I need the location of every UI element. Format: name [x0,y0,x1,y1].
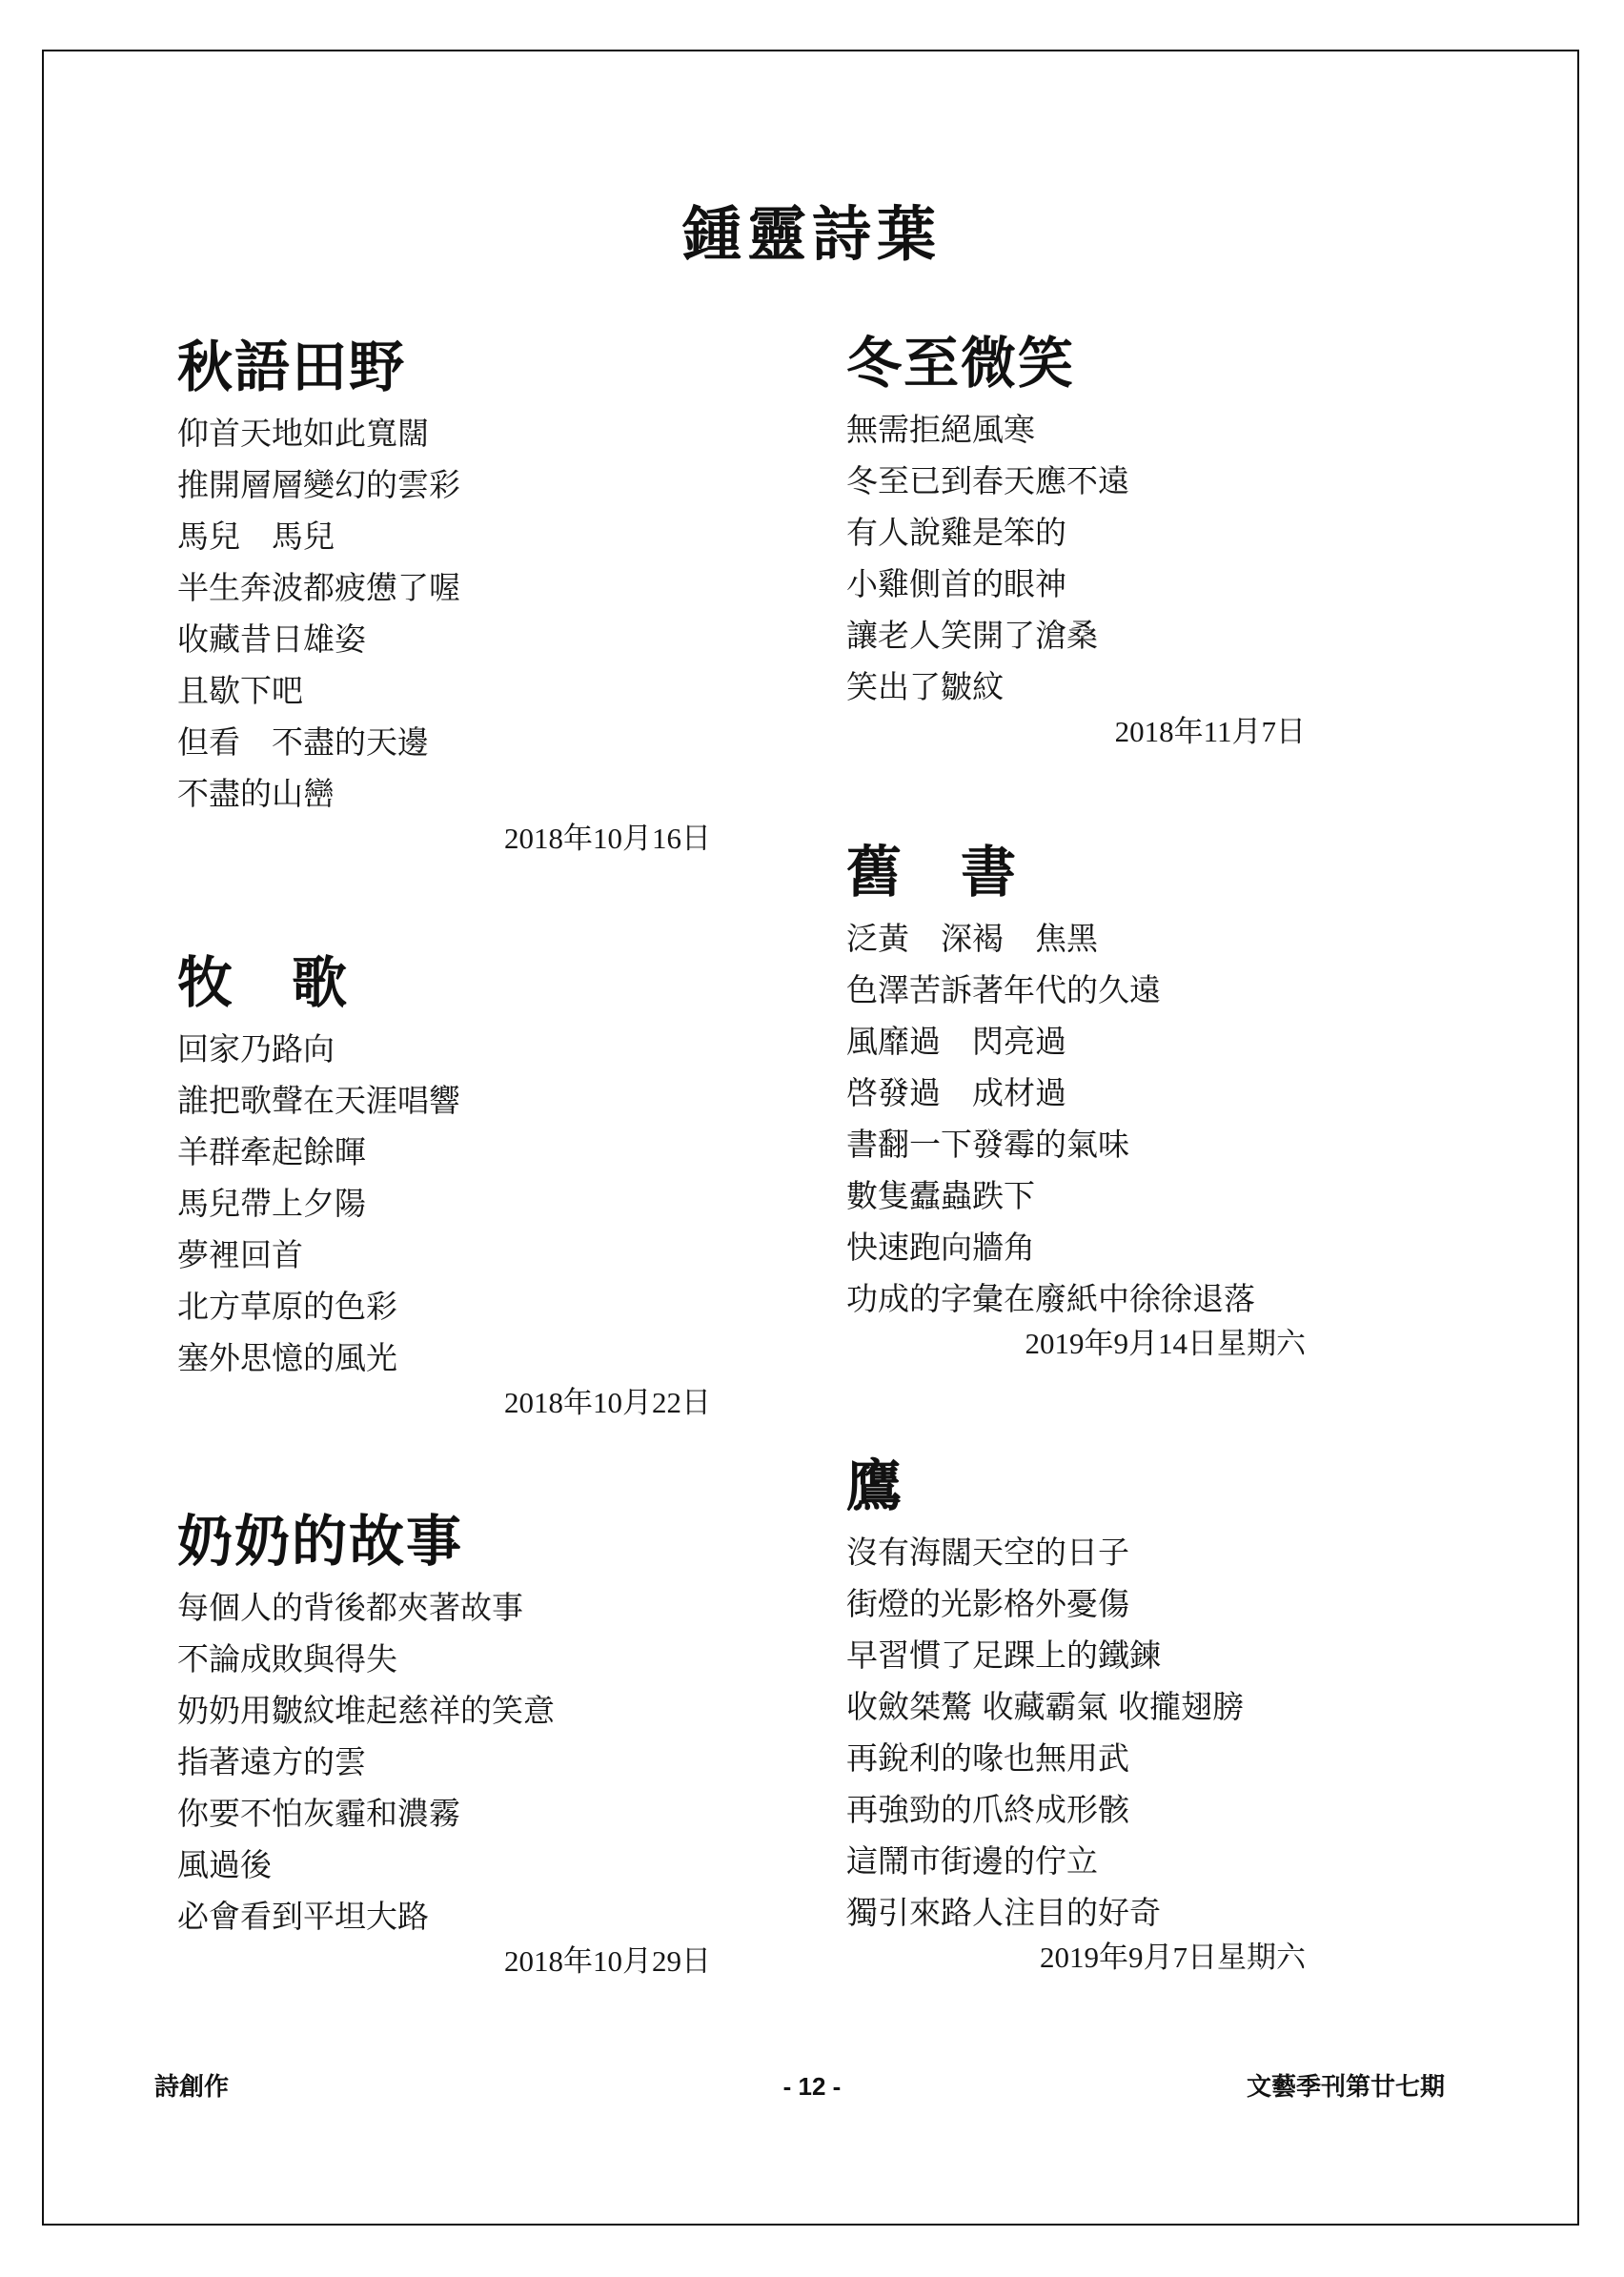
poem-winter-smile: 冬至微笑 無需拒絕風寒 冬至已到春天應不遠 有人說雞是笨的 小雞側首的眼神 讓老… [846,330,1306,751]
poem-line: 快速跑向牆角 [846,1222,1306,1273]
poem-line: 色澤苦訴著年代的久遠 [846,965,1306,1016]
poem-line: 夢裡回首 [177,1230,711,1281]
poem-line: 回家乃路向 [177,1024,711,1075]
poem-date: 2019年9月7日星期六 [846,1939,1306,1977]
poem-date: 2018年11月7日 [846,713,1306,751]
page-title: 鍾靈詩葉 [0,198,1624,271]
poem-title: 秋語田野 [177,334,711,400]
poem-line: 必會看到平坦大路 [177,1891,711,1942]
poem-body: 仰首天地如此寬闊 推開層層變幻的雲彩 馬兒 馬兒 半生奔波都疲憊了喔 收藏昔日雄… [177,408,711,820]
poem-line: 小雞側首的眼神 [846,559,1306,610]
poem-line: 收斂桀驁 收藏霸氣 收攏翅膀 [846,1681,1306,1733]
poem-line: 塞外思憶的風光 [177,1332,711,1384]
poem-line: 書翻一下發霉的氣味 [846,1119,1306,1170]
poem-old-book: 舊 書 泛黃 深褐 焦黑 色澤苦訴著年代的久遠 風靡過 閃亮過 啓發過 成材過 … [846,839,1306,1363]
poem-line: 羊群牽起餘暉 [177,1127,711,1178]
poem-line: 仰首天地如此寬闊 [177,408,711,459]
poem-body: 沒有海闊天空的日子 街燈的光影格外憂傷 早習慣了足踝上的鐵鍊 收斂桀驁 收藏霸氣… [846,1527,1306,1939]
poem-line: 指著遠方的雲 [177,1737,711,1788]
poem-eagle: 鷹 沒有海闊天空的日子 街燈的光影格外憂傷 早習慣了足踝上的鐵鍊 收斂桀驁 收藏… [846,1453,1306,1977]
poem-line: 但看 不盡的天邊 [177,717,711,768]
poem-grandma-story: 奶奶的故事 每個人的背後都夾著故事 不論成敗與得失 奶奶用皺紋堆起慈祥的笑意 指… [177,1508,711,1981]
poem-line: 不論成敗與得失 [177,1634,711,1685]
poem-line: 半生奔波都疲憊了喔 [177,562,711,614]
poem-line: 數隻蠹蟲跌下 [846,1170,1306,1222]
poem-line: 馬兒 馬兒 [177,511,711,562]
poem-body: 泛黃 深褐 焦黑 色澤苦訴著年代的久遠 風靡過 閃亮過 啓發過 成材過 書翻一下… [846,913,1306,1325]
poem-body: 每個人的背後都夾著故事 不論成敗與得失 奶奶用皺紋堆起慈祥的笑意 指著遠方的雲 … [177,1582,711,1942]
poem-line: 北方草原的色彩 [177,1281,711,1332]
poem-line: 風靡過 閃亮過 [846,1016,1306,1067]
poem-line: 誰把歌聲在天涯唱響 [177,1075,711,1127]
poem-autumn-fields: 秋語田野 仰首天地如此寬闊 推開層層變幻的雲彩 馬兒 馬兒 半生奔波都疲憊了喔 … [177,334,711,858]
poem-line: 功成的字彙在廢紙中徐徐退落 [846,1273,1306,1325]
poem-line: 街燈的光影格外憂傷 [846,1578,1306,1630]
poem-line: 有人說雞是笨的 [846,507,1306,559]
poem-line: 沒有海闊天空的日子 [846,1527,1306,1578]
poem-line: 每個人的背後都夾著故事 [177,1582,711,1634]
poem-line: 推開層層變幻的雲彩 [177,459,711,511]
poem-title: 奶奶的故事 [177,1508,711,1575]
poem-line: 且歇下吧 [177,665,711,717]
poem-line: 獨引來路人注目的好奇 [846,1887,1306,1939]
poem-line: 笑出了皺紋 [846,661,1306,713]
poem-line: 無需拒絕風寒 [846,404,1306,456]
poem-body: 回家乃路向 誰把歌聲在天涯唱響 羊群牽起餘暉 馬兒帶上夕陽 夢裡回首 北方草原的… [177,1024,711,1384]
poem-title: 牧 歌 [177,949,711,1016]
poem-line: 讓老人笑開了滄桑 [846,610,1306,661]
poem-title: 舊 書 [846,839,1306,905]
poem-title: 鷹 [846,1453,1306,1519]
poem-line: 再銳利的喙也無用武 [846,1733,1306,1784]
poem-line: 風過後 [177,1840,711,1891]
poem-line: 馬兒帶上夕陽 [177,1178,711,1230]
poem-line: 再強勁的爪終成形骸 [846,1784,1306,1836]
poem-line: 早習慣了足踝上的鐵鍊 [846,1630,1306,1681]
poem-line: 這鬧市街邊的佇立 [846,1836,1306,1887]
poem-date: 2018年10月16日 [177,820,711,858]
poem-line: 冬至已到春天應不遠 [846,456,1306,507]
poem-line: 泛黃 深褐 焦黑 [846,913,1306,965]
poem-herding-song: 牧 歌 回家乃路向 誰把歌聲在天涯唱響 羊群牽起餘暉 馬兒帶上夕陽 夢裡回首 北… [177,949,711,1422]
poem-date: 2018年10月29日 [177,1942,711,1981]
poem-line: 不盡的山巒 [177,768,711,820]
poem-date: 2019年9月14日星期六 [846,1325,1306,1363]
poem-title: 冬至微笑 [846,330,1306,396]
poem-date: 2018年10月22日 [177,1384,711,1422]
poem-body: 無需拒絕風寒 冬至已到春天應不遠 有人說雞是笨的 小雞側首的眼神 讓老人笑開了滄… [846,404,1306,713]
poem-line: 收藏昔日雄姿 [177,614,711,665]
poem-line: 啓發過 成材過 [846,1067,1306,1119]
poem-line: 你要不怕灰霾和濃霧 [177,1788,711,1840]
footer-publication-name: 文藝季刊第廿七期 [1247,2070,1445,2103]
poem-line: 奶奶用皺紋堆起慈祥的笑意 [177,1685,711,1737]
